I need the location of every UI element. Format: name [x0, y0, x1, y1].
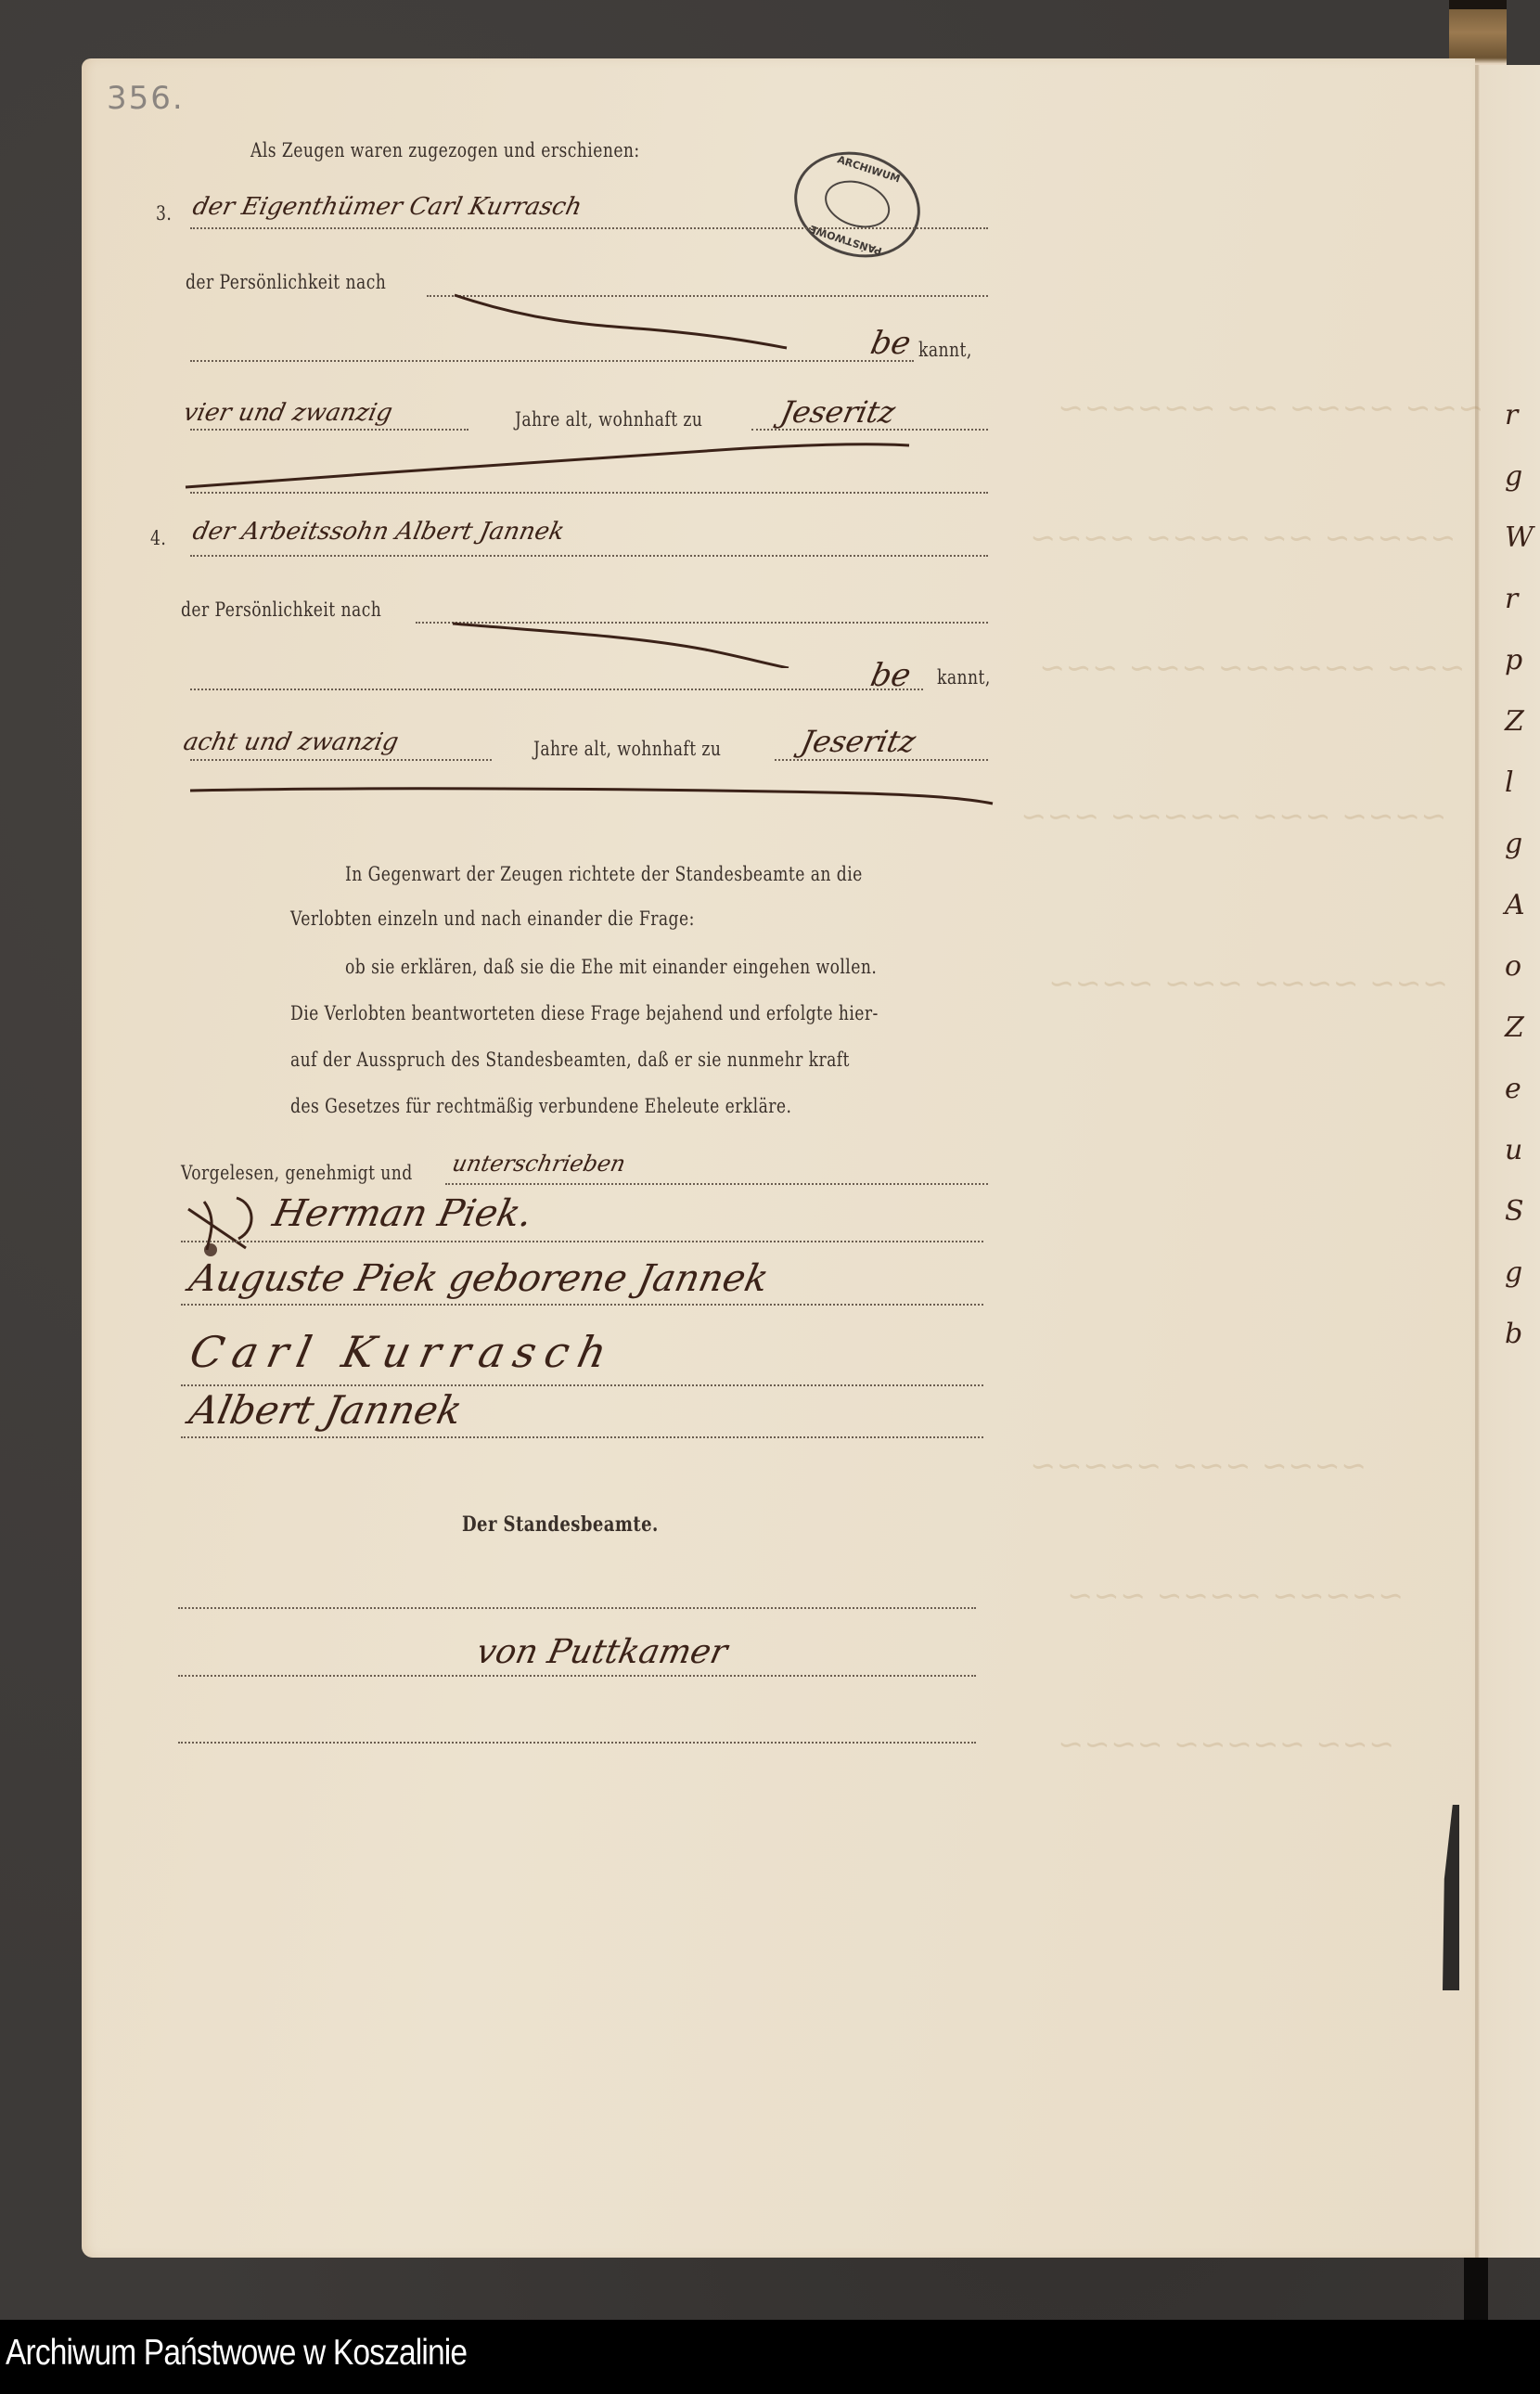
signature-2: Auguste Piek geborene Jannek [186, 1257, 772, 1300]
registrar-line-1 [178, 1607, 976, 1609]
signature-line-3 [181, 1384, 983, 1386]
declaration-line-6: des Gesetzes für rechtmäßig verbundene E… [290, 1095, 791, 1117]
witness-4-age-line [190, 759, 492, 761]
witness-3-residence: Jeseritz [777, 394, 898, 430]
bleed-through-text: ~~~~ ~~~ ~~~~~ ~~~ [1017, 798, 1450, 835]
witness-4-age-label: Jahre alt, wohnhaft zu [533, 738, 721, 760]
witness-3-identity-label: der Persönlichkeit nach [186, 271, 386, 293]
next-page-fragment: W [1505, 521, 1534, 554]
witness-3-known-line [190, 360, 914, 362]
witness-3-age: vier und zwanzig [181, 399, 395, 427]
witness-4-number: 4. [150, 527, 166, 549]
read-approved-signed: unterschrieben [450, 1151, 628, 1177]
witness-4-known-line [190, 689, 923, 690]
registrar-label: Der Standesbeamte. [462, 1512, 659, 1537]
witness-3-age-label: Jahre alt, wohnhaft zu [515, 408, 702, 431]
next-page-fragment: b [1505, 1318, 1522, 1350]
witness-4-residence: Jeseritz [798, 724, 918, 759]
declaration-line-2: Verlobten einzeln und nach einander die … [290, 907, 695, 930]
signature-line-4 [181, 1436, 983, 1438]
page-number: 356. [107, 80, 185, 117]
next-page-fragment: o [1505, 950, 1521, 983]
read-approved-label: Vorgelesen, genehmigt und [181, 1162, 413, 1184]
archive-footer-bar: Archiwum Państwowe w Koszalinie [0, 2320, 1540, 2394]
witness-3-known-prefix: be [867, 325, 914, 362]
document-page [82, 58, 1475, 2258]
next-page-fragment: A [1505, 889, 1525, 921]
registrar-signature: von Puttkamer [473, 1633, 731, 1671]
cross-mark [181, 1192, 264, 1257]
signature-3: Carl Kurrasch [186, 1327, 621, 1377]
witness-4-known-suffix: kannt, [937, 666, 991, 689]
witness-3-name-line [190, 227, 988, 229]
declaration-line-1: In Gegenwart der Zeugen richtete der Sta… [345, 863, 863, 885]
bleed-through-text: ~~~ ~~~~ ~~ ~~~~~~ [1054, 390, 1487, 427]
next-page-fragment: Z [1505, 705, 1524, 738]
next-page-fragment: S [1505, 1195, 1524, 1228]
witness-3-known-suffix: kannt, [918, 339, 972, 361]
witness-4-identity-label: der Persönlichkeit nach [181, 598, 381, 621]
witness-4-fill-stroke [176, 779, 1011, 817]
signature-line-1 [181, 1241, 983, 1242]
bleed-through-text: ~~~ ~~~~ ~~~ ~~~~ [1045, 965, 1451, 1002]
next-page-fragment: l [1505, 766, 1514, 799]
next-page-fragment: r [1505, 583, 1518, 615]
registrar-line-3 [178, 1742, 976, 1744]
witness-3-fill-stroke [176, 436, 918, 492]
stamp-inner-oval [819, 173, 896, 236]
next-page-fragment: g [1505, 828, 1522, 860]
witness-3-age-line [190, 429, 468, 431]
next-page-fragment: g [1505, 460, 1522, 493]
witness-4-name-line [190, 555, 988, 557]
witness-3-dash-stroke [445, 278, 798, 353]
bleed-through-text: ~~~~~ ~~~~ ~~~ [1063, 1577, 1407, 1615]
next-page-fragment: g [1505, 1256, 1522, 1289]
witness-3-number: 3. [156, 202, 172, 225]
declaration-line-4: Die Verlobten beantworteten diese Frage … [290, 1002, 879, 1024]
witness-3-extra-line [190, 492, 988, 494]
next-page-fragment: r [1505, 399, 1518, 431]
next-page-fragment: Z [1505, 1011, 1524, 1044]
witness-4-age: acht und zwanzig [181, 728, 401, 756]
book-binding-gap [1464, 2255, 1488, 2320]
signature-4: Albert Jannek [186, 1387, 467, 1433]
witness-4-dash-stroke [445, 612, 798, 668]
registrar-line-2 [178, 1675, 976, 1677]
witness-3-residence-line [751, 429, 988, 431]
read-approved-line [445, 1183, 988, 1185]
declaration-line-3: ob sie erklären, daß sie die Ehe mit ein… [345, 956, 877, 978]
witnesses-heading: Als Zeugen waren zugezogen und erschiene… [250, 139, 640, 161]
next-page-fragment: e [1505, 1073, 1521, 1105]
bleed-through-text: ~~~ ~~~~~~ ~~~ ~~~ [1035, 650, 1469, 687]
next-page-fragment: u [1505, 1134, 1522, 1166]
archive-caption: Archiwum Państwowe w Koszalinie [6, 2333, 467, 2374]
witness-4-name: der Arbeitssohn Albert Jannek [190, 518, 567, 546]
witness-3-name: der Eigenthümer Carl Kurrasch [190, 193, 584, 221]
witness-4-residence-line [775, 759, 988, 761]
bleed-through-text: ~~~~~ ~~ ~~~~ ~~~~ [1026, 520, 1459, 557]
bleed-through-text: ~~~ ~~~~~ ~~~~ [1054, 1726, 1398, 1763]
declaration-line-5: auf der Ausspruch des Standesbeamten, da… [290, 1049, 850, 1071]
witness-4-known-prefix: be [867, 657, 914, 694]
next-page-fragment: p [1505, 644, 1522, 676]
signature-1: Herman Piek. [269, 1192, 536, 1235]
bleed-through-text: ~~~~ ~~~ ~~~~~ [1026, 1448, 1370, 1485]
signature-line-2 [181, 1304, 983, 1306]
